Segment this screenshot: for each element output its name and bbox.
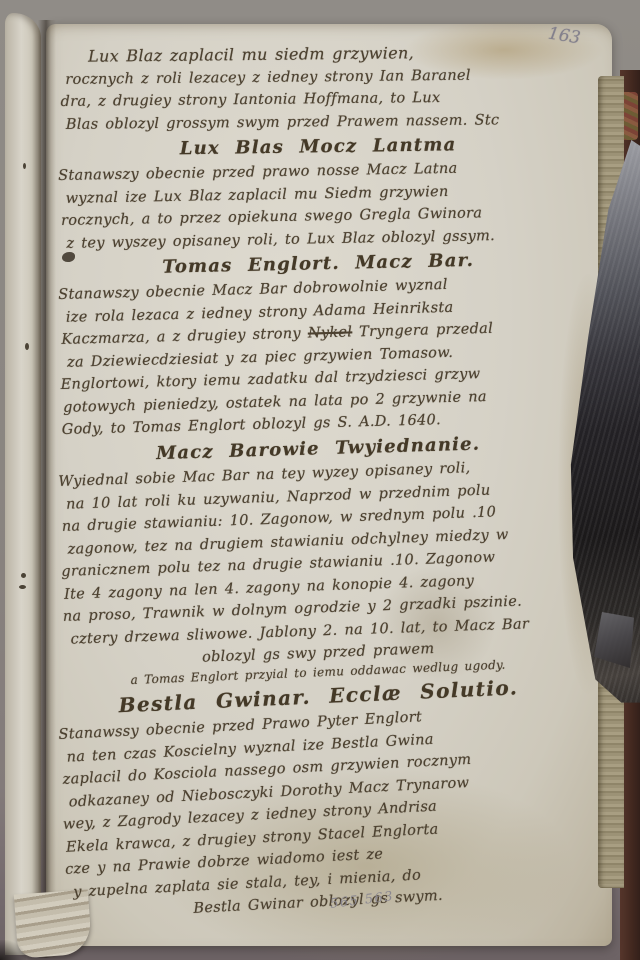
facing-page-edge — [5, 13, 41, 955]
ink-speck — [19, 585, 26, 589]
photo-background: 163 Lux Blaz zaplacil mu siedm grzywien,… — [0, 0, 640, 960]
manuscript-block: Stanawszy obecnie przed prawo nosse Macz… — [58, 156, 580, 255]
corner-shadow — [0, 940, 26, 960]
ink-speck — [25, 343, 29, 350]
manuscript-block: Stanawszy obecnie Macz Bar dobrowolnie w… — [58, 271, 582, 442]
manuscript-block: Stanawssy obecnie przed Prawo Pyter Engl… — [58, 698, 586, 903]
ink-speck — [23, 163, 26, 169]
struck-word: Nykel — [308, 324, 353, 341]
manuscript-block: Lux Blaz zaplacil mu siedm grzywien,rocz… — [58, 41, 579, 136]
ink-speck — [21, 573, 26, 578]
book-gutter-shadow — [38, 20, 56, 958]
manuscript-text: Lux Blaz zaplacil mu siedm grzywien,rocz… — [58, 46, 578, 928]
manuscript-block: Wyiednal sobie Mac Bar na tey wyzey opis… — [58, 453, 584, 650]
